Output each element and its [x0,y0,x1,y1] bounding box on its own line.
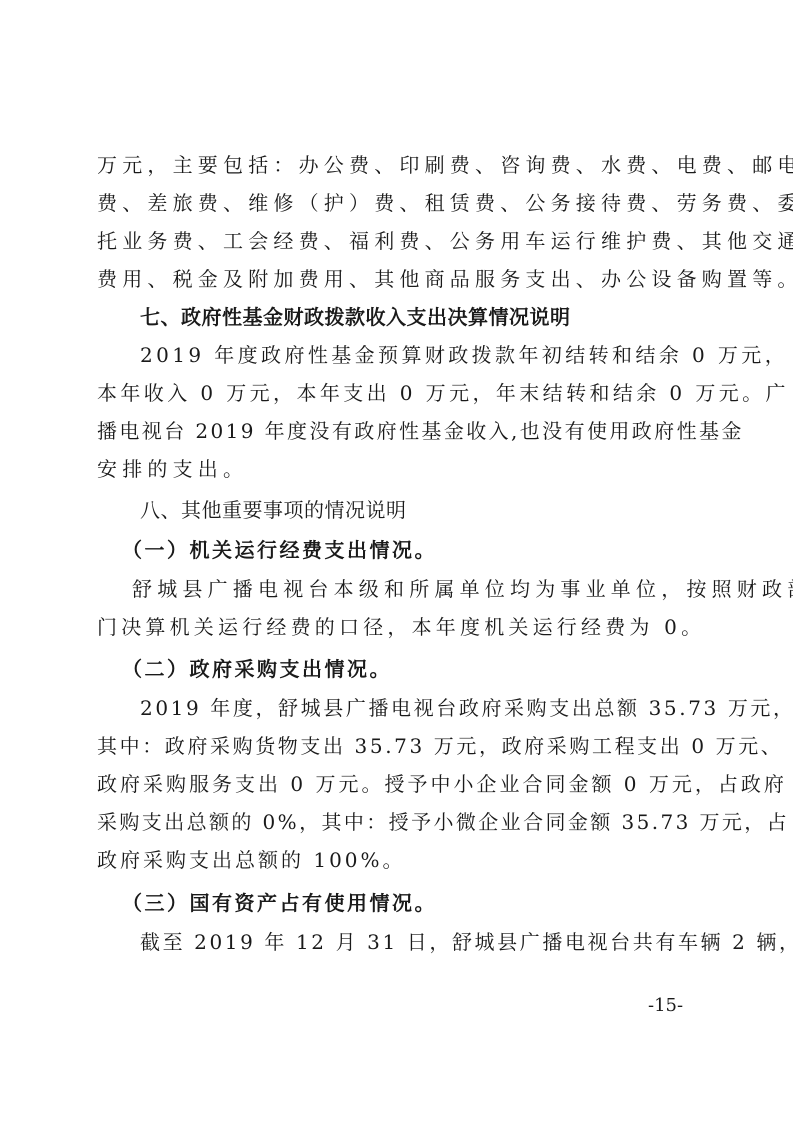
paragraph-line: 万元，主要包括：办公费、印刷费、咨询费、水费、电费、邮电 [97,151,687,179]
paragraph-line: 采购支出总额的 0%，其中：授予小微企业合同金额 35.73 万元，占 [97,808,687,836]
paragraph-line: 安排的支出。 [97,455,687,483]
paragraph-line: 政府采购服务支出 0 万元。授予中小企业合同金额 0 万元，占政府 [97,770,687,798]
paragraph-line: 其中：政府采购货物支出 35.73 万元，政府采购工程支出 0 万元、 [97,732,687,760]
subsection-heading-1: （一）机关运行经费支出情况。 [122,536,712,564]
subsection-heading-2: （二）政府采购支出情况。 [122,655,712,683]
paragraph-line: 托业务费、工会经费、福利费、公务用车运行维护费、其他交通 [97,227,687,255]
page-number: -15- [648,995,683,1016]
paragraph-line: 费用、税金及附加费用、其他商品服务支出、办公设备购置等。 [97,265,687,293]
section-heading-8: 八、其他重要事项的情况说明 [140,496,730,524]
section-heading-7: 七、政府性基金财政拨款收入支出决算情况说明 [140,303,730,331]
paragraph-line: 费、差旅费、维修（护）费、租赁费、公务接待费、劳务费、委 [97,189,687,217]
paragraph-line: 2019 年度政府性基金预算财政拨款年初结转和结余 0 万元， [140,341,730,369]
paragraph-line: 2019 年度，舒城县广播电视台政府采购支出总额 35.73 万元， [140,694,730,722]
paragraph-line: 截至 2019 年 12 月 31 日，舒城县广播电视台共有车辆 2 辆， [140,928,730,956]
paragraph-line: 门决算机关运行经费的口径，本年度机关运行经费为 0。 [97,613,687,641]
paragraph-line: 舒城县广播电视台本级和所属单位均为事业单位，按照财政部部 [132,575,722,603]
paragraph-line: 本年收入 0 万元，本年支出 0 万元，年末结转和结余 0 万元。广 [97,379,687,407]
paragraph-line: 政府采购支出总额的 100%。 [97,846,687,874]
paragraph-line: 播电视台 2019 年度没有政府性基金收入,也没有使用政府性基金 [97,417,687,445]
document-page: 万元，主要包括：办公费、印刷费、咨询费、水费、电费、邮电 费、差旅费、维修（护）… [0,0,793,1122]
subsection-heading-3: （三）国有资产占有使用情况。 [122,889,712,917]
